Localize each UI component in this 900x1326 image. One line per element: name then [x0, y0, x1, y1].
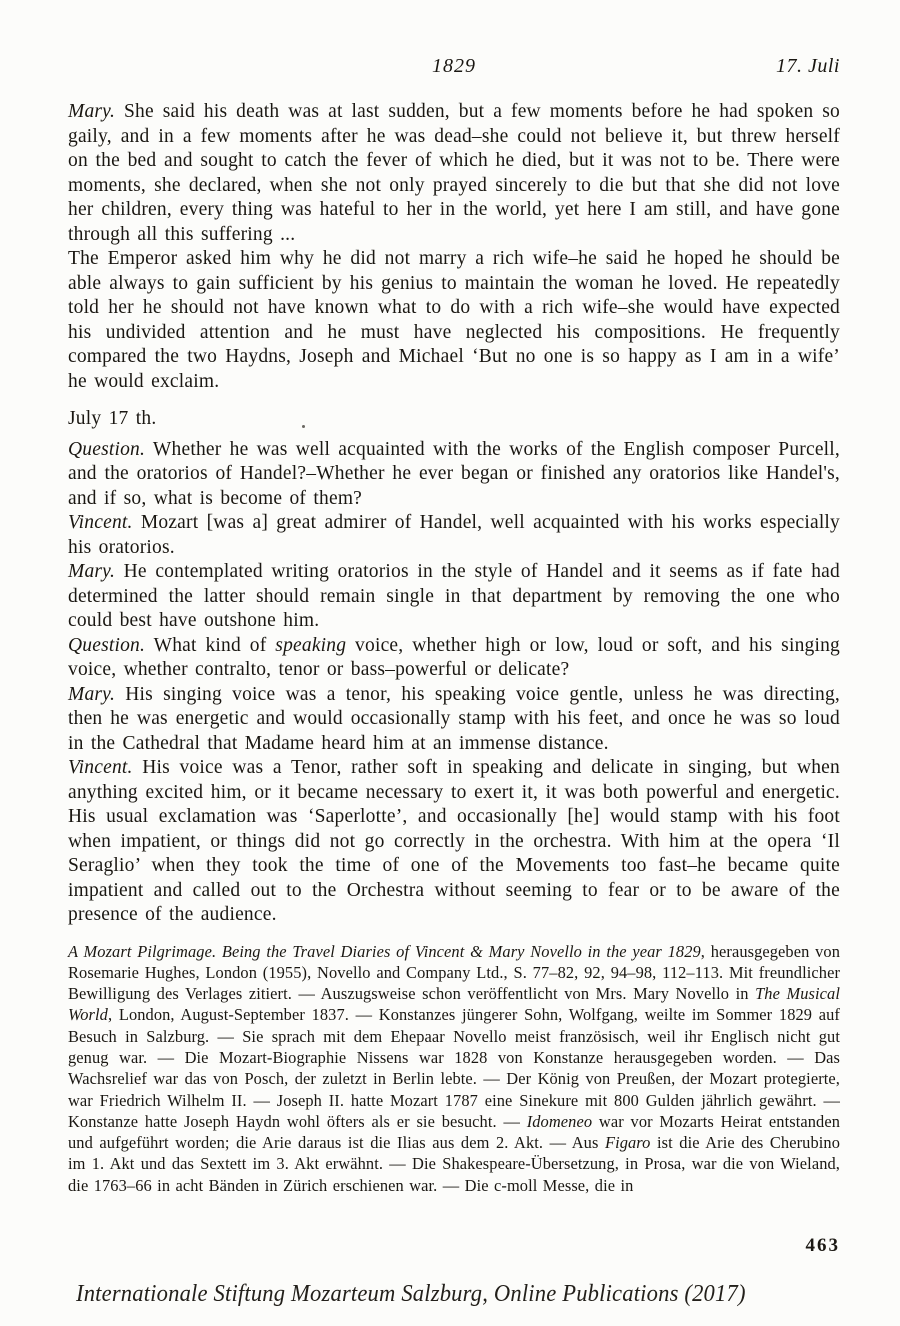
para-vincent-handel: Vincent. Mozart [was a] great admirer of… [68, 511, 840, 560]
scan-speck [302, 425, 305, 428]
para-mary-oratorios: Mary. He contemplated writing oratorios … [68, 560, 840, 634]
para-mary-death: Mary. She said his death was at last sud… [68, 100, 840, 247]
running-head-year: 1829 [68, 55, 840, 78]
running-head: 1829 17. Juli [68, 55, 840, 81]
para-question-handel: Question. Whether he was well acquainted… [68, 438, 840, 512]
italic-text-run: Idomeneo [527, 1112, 592, 1131]
para-vincent-voice: Vincent. His voice was a Tenor, rather s… [68, 756, 840, 928]
text-run: His voice was a Tenor, rather soft in sp… [68, 757, 840, 925]
italic-text-run: Mary. [68, 561, 115, 582]
italic-text-run: Question. [68, 635, 145, 656]
text-run: She said his death was at last sudden, b… [68, 101, 840, 245]
text-run: He contemplated writing oratorios in the… [68, 561, 840, 631]
body-text: Mary. She said his death was at last sud… [68, 100, 840, 928]
italic-text-run: A Mozart Pilgrimage. Being the Travel Di… [68, 942, 701, 961]
italic-text-run: Mary. [68, 101, 115, 122]
italic-text-run: Vincent. [68, 512, 133, 533]
footnote: A Mozart Pilgrimage. Being the Travel Di… [68, 941, 840, 1197]
text-column: Mary. She said his death was at last sud… [68, 100, 840, 1212]
italic-text-run: Figaro [605, 1133, 651, 1152]
running-head-date: 17. Juli [776, 55, 840, 78]
publisher-imprint: Internationale Stiftung Mozarteum Salzbu… [76, 1281, 809, 1308]
text-run: His singing voice was a tenor, his speak… [68, 684, 840, 754]
page-number: 463 [806, 1235, 841, 1257]
para-mary-voice: Mary. His singing voice was a tenor, his… [68, 683, 840, 757]
text-run: The Emperor asked him why he did not mar… [68, 248, 840, 392]
italic-text-run: Mary. [68, 684, 115, 705]
book-page: 1829 17. Juli Mary. She said his death w… [0, 0, 900, 1326]
para-question-voice: Question. What kind of speaking voice, w… [68, 634, 840, 683]
para-date-july: July 17 th. [68, 407, 840, 432]
text-run: Mozart [was a] great admirer of Handel, … [68, 512, 840, 558]
italic-text-run: Vincent. [68, 757, 133, 778]
italic-text-run: speaking [275, 635, 346, 656]
text-run: July 17 th. [68, 408, 156, 429]
italic-text-run: Question. [68, 439, 145, 460]
text-run: What kind of [145, 635, 275, 656]
text-run: Whether he was well acquainted with the … [68, 439, 840, 509]
para-emperor: The Emperor asked him why he did not mar… [68, 247, 840, 394]
